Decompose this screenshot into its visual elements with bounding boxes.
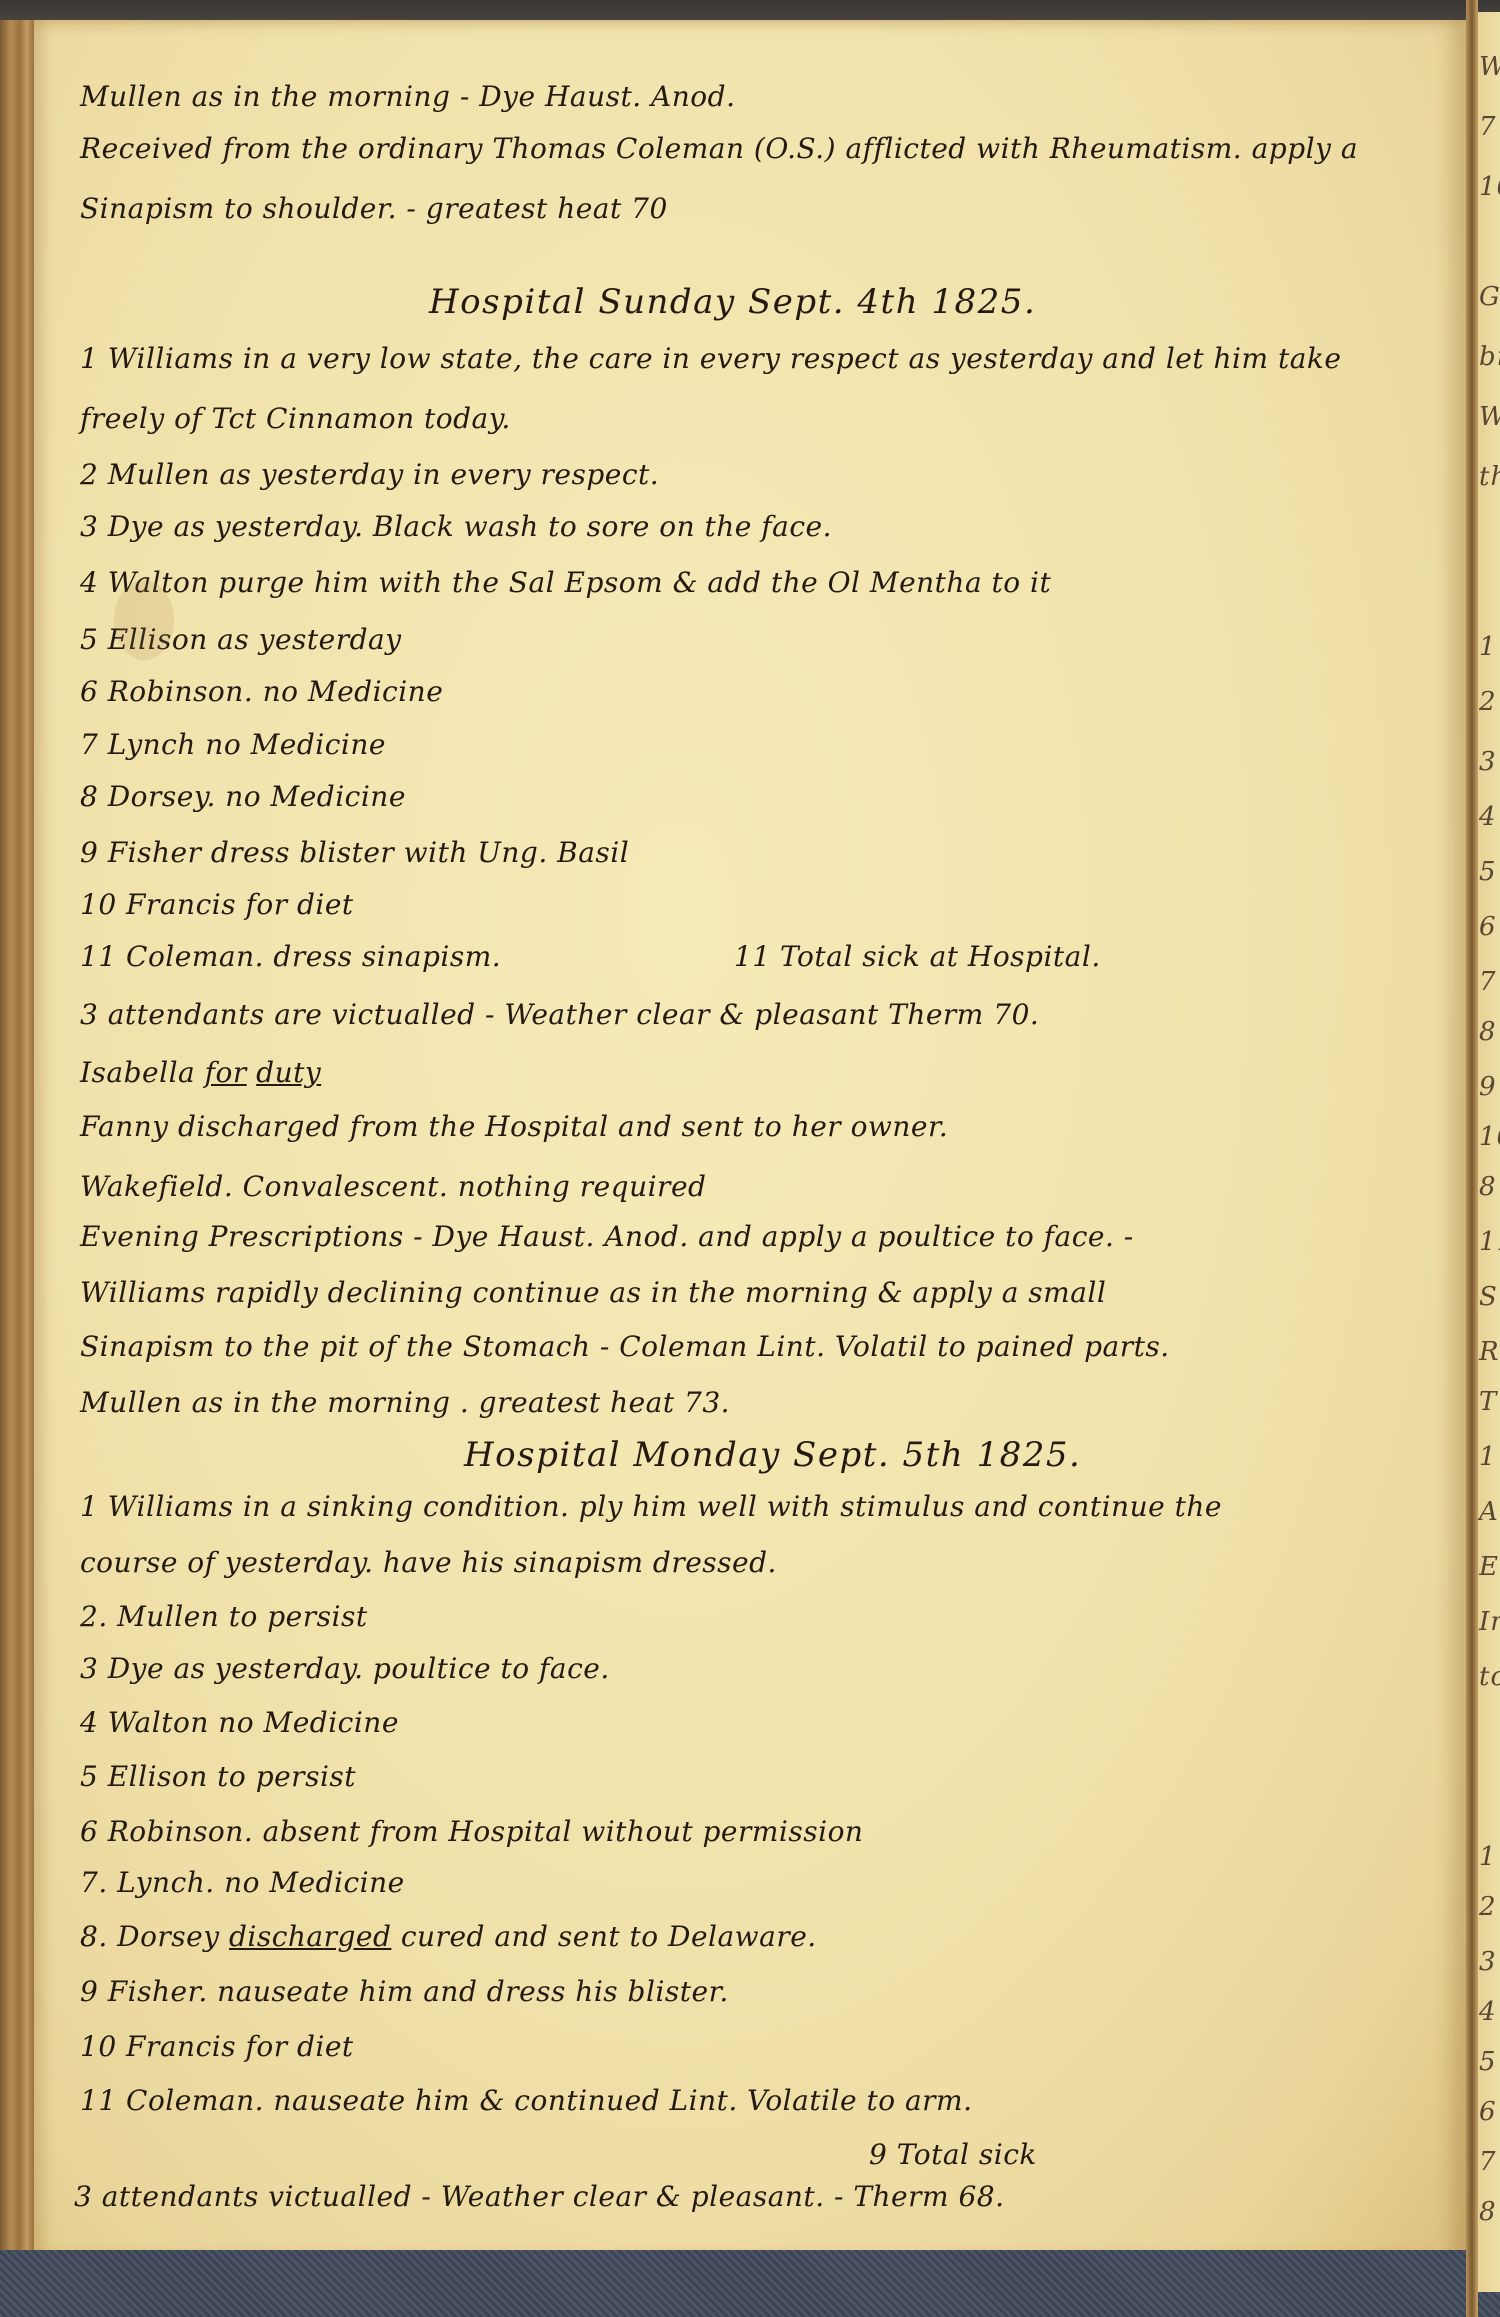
- margin-fragment: 8: [1479, 1172, 1497, 1202]
- note-text: [247, 1056, 256, 1089]
- sunday-line-5: 5 Ellison as yesterday: [80, 623, 402, 656]
- margin-fragment: W: [1479, 52, 1500, 82]
- evening-line-3: Sinapism to the pit of the Stomach - Col…: [80, 1330, 1170, 1363]
- margin-fragment: 11 D: [1479, 1227, 1500, 1257]
- sunday-line-8: 8 Dorsey. no Medicine: [80, 780, 406, 813]
- monday-line-11: 11 Coleman. nauseate him & continued Lin…: [80, 2084, 973, 2117]
- sunday-line-9: 9 Fisher dress blister with Ung. Basil: [80, 836, 629, 869]
- margin-fragment: T: [1479, 1387, 1497, 1417]
- margin-fragment: bro: [1479, 342, 1500, 372]
- margin-fragment: 6 L: [1479, 2097, 1500, 2127]
- monday-total-sick: 9 Total sick: [869, 2138, 1037, 2171]
- sunday-note-isabella: Isabella for duty: [80, 1056, 321, 1089]
- monday-line-10: 10 Francis for diet: [80, 2030, 354, 2063]
- monday-line-7: 7. Lynch. no Medicine: [80, 1866, 405, 1899]
- line-text: 8. Dorsey: [80, 1920, 229, 1953]
- margin-fragment: 4 W: [1479, 1997, 1500, 2027]
- book-binding-bottom: [0, 2250, 1500, 2317]
- margin-fragment: 4 M: [1479, 802, 1500, 832]
- sunday-total-sick: 11 Total sick at Hospital.: [734, 940, 1101, 973]
- margin-fragment: 7: [1479, 112, 1497, 142]
- monday-line-5: 5 Ellison to persist: [80, 1760, 356, 1793]
- margin-fragment: 10: [1479, 172, 1500, 202]
- margin-fragment: Wh: [1479, 402, 1500, 432]
- margin-fragment: 1 M: [1479, 632, 1500, 662]
- line-underlined: discharged: [229, 1920, 391, 1953]
- monday-line-1: 1 Williams in a sinking condition. ply h…: [80, 1490, 1222, 1523]
- margin-fragment: Re: [1479, 1337, 1500, 1367]
- line-text: cured and sent to Delaware.: [391, 1920, 816, 1953]
- margin-fragment: A: [1479, 1497, 1499, 1527]
- monday-attendants: 3 attendants victualled - Weather clear …: [74, 2180, 1005, 2213]
- register-page: Mullen as in the morning - Dye Haust. An…: [34, 20, 1466, 2260]
- margin-fragment: 10 F: [1479, 1122, 1500, 1152]
- monday-line-2: 2. Mullen to persist: [80, 1600, 368, 1633]
- monday-line-8: 8. Dorsey discharged cured and sent to D…: [80, 1920, 817, 1953]
- sunday-line-2: 2 Mullen as yesterday in every respect.: [80, 458, 659, 491]
- entry-heading-monday: Hospital Monday Sept. 5th 1825.: [464, 1435, 1081, 1475]
- sunday-line-11: 11 Coleman. dress sinapism.: [80, 940, 501, 973]
- margin-fragment: E: [1479, 1552, 1499, 1582]
- sunday-line-10: 10 Francis for diet: [80, 888, 354, 921]
- margin-fragment: 1 M: [1479, 1842, 1500, 1872]
- monday-line-9: 9 Fisher. nauseate him and dress his bli…: [80, 1975, 729, 2008]
- margin-fragment: 8 Co: [1479, 2197, 1500, 2227]
- margin-fragment: 8 F: [1479, 1017, 1500, 1047]
- carryover-line-1: Mullen as in the morning - Dye Haust. An…: [80, 80, 735, 113]
- margin-fragment: 3 D: [1479, 1947, 1500, 1977]
- margin-fragment: 2 M: [1479, 1892, 1500, 1922]
- note-underlined: duty: [256, 1056, 321, 1089]
- margin-fragment: Ind: [1479, 1607, 1500, 1637]
- monday-line-4: 4 Walton no Medicine: [80, 1706, 399, 1739]
- margin-fragment: 6 C: [1479, 912, 1500, 942]
- monday-line-3: 3 Dye as yesterday. poultice to face.: [80, 1652, 610, 1685]
- margin-fragment: the: [1479, 462, 1500, 492]
- evening-line-2: Williams rapidly declining continue as i…: [80, 1276, 1106, 1309]
- monday-line-1b: course of yesterday. have his sinapism d…: [80, 1546, 777, 1579]
- margin-fragment: to the: [1479, 1662, 1500, 1692]
- sunday-line-3: 3 Dye as yesterday. Black wash to sore o…: [80, 510, 832, 543]
- margin-fragment: S: [1479, 1282, 1498, 1312]
- sunday-attendants: 3 attendants are victualled - Weather cl…: [80, 998, 1039, 1031]
- sunday-note-fanny: Fanny discharged from the Hospital and s…: [80, 1110, 948, 1143]
- sunday-line-6: 6 Robinson. no Medicine: [80, 675, 443, 708]
- margin-fragment: 5 F: [1479, 857, 1500, 887]
- note-text: Isabella: [80, 1056, 205, 1089]
- margin-fragment: 7 D: [1479, 967, 1500, 997]
- margin-fragment: 5 W: [1479, 2047, 1500, 2077]
- sunday-line-1b: freely of Tct Cinnamon today.: [80, 402, 511, 435]
- margin-fragment: 3 R: [1479, 747, 1500, 777]
- evening-line-1: Evening Prescriptions - Dye Haust. Anod.…: [80, 1220, 1134, 1253]
- sunday-note-wakefield: Wakefield. Convalescent. nothing require…: [80, 1170, 706, 1203]
- note-underlined: for: [205, 1056, 247, 1089]
- evening-line-4: Mullen as in the morning . greatest heat…: [80, 1386, 730, 1419]
- sunday-line-4: 4 Walton purge him with the Sal Epsom & …: [80, 566, 1051, 599]
- margin-fragment: 1 to: [1479, 1442, 1500, 1472]
- sunday-line-1: 1 Williams in a very low state, the care…: [80, 342, 1341, 375]
- entry-heading-sunday: Hospital Sunday Sept. 4th 1825.: [429, 282, 1036, 322]
- margin-fragment: 2 S: [1479, 687, 1500, 717]
- sunday-line-7: 7 Lynch no Medicine: [80, 728, 386, 761]
- next-page-margin: W 7 10 Go bro Wh the 1 M 2 S 3 R 4 M 5 F…: [1478, 12, 1500, 2292]
- margin-fragment: 9 R: [1479, 1072, 1500, 1102]
- book-gutter: [1466, 0, 1478, 2317]
- carryover-line-3: Sinapism to shoulder. - greatest heat 70: [80, 192, 668, 225]
- margin-fragment: 7 F: [1479, 2147, 1500, 2177]
- carryover-line-2: Received from the ordinary Thomas Colema…: [80, 132, 1358, 165]
- monday-line-6: 6 Robinson. absent from Hospital without…: [80, 1815, 863, 1848]
- margin-fragment: Go: [1479, 282, 1500, 312]
- page-edges-left: [0, 20, 36, 2255]
